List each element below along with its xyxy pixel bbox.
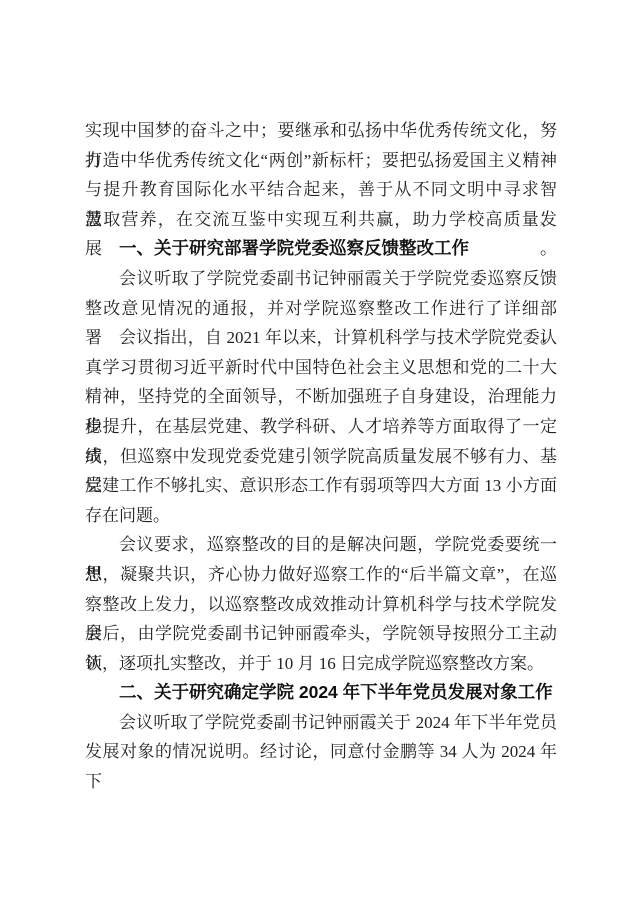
text-line: 会议指出，自 2021 年以来，计算机科学与技术学院党委认 (85, 323, 557, 353)
text-line: 发展对象的情况说明。经讨论，同意付金鹏等 34 人为 2024 年下 (85, 737, 557, 767)
text-line: 步提升，在基层党建、教学科研、人才培养等方面取得了一定成 (85, 412, 557, 442)
document-body: 实现中国梦的奋斗之中；要继承和弘扬中华优秀传统文化，努力打造中华优秀传统文化“两… (85, 116, 557, 767)
text-line: 党建工作不够扎实、意识形态工作有弱项等四大方面 13 小方面 (85, 471, 557, 501)
text-line: 存在问题。 (85, 501, 557, 531)
text-line: 想，凝聚共识，齐心协力做好巡察工作的“后半篇文章”，在巡 (85, 560, 557, 590)
text-line: 会议听取了学院党委副书记钟丽霞关于 2024 年下半年党员 (85, 708, 557, 738)
text-line: 打造中华优秀传统文化“两创”新标杆；要把弘扬爱国主义精神 (85, 146, 557, 176)
text-line: 汲取营养，在交流互鉴中实现互利共赢，助力学校高质量发展。 (85, 205, 557, 235)
document-page: 实现中国梦的奋斗之中；要继承和弘扬中华优秀传统文化，努力打造中华优秀传统文化“两… (0, 0, 639, 905)
text-line: 与提升教育国际化水平结合起来，善于从不同文明中寻求智慧、 (85, 175, 557, 205)
text-line: 察整改上发力，以巡察整改成效推动计算机科学与技术学院发展。 (85, 590, 557, 620)
text-line: 精神，坚持党的全面领导，不断加强班子自身建设，治理能力稳 (85, 382, 557, 412)
text-line: 真学习贯彻习近平新时代中国特色社会主义思想和党的二十大 (85, 353, 557, 383)
text-line: 绩，但巡察中发现党委党建引领学院高质量发展不够有力、基层 (85, 442, 557, 472)
text-line: 领，逐项扎实整改，并于 10 月 16 日完成学院巡察整改方案。 (85, 649, 557, 679)
text-line: 会后，由学院党委副书记钟丽霞牵头，学院领导按照分工主动认 (85, 619, 557, 649)
text-line: 会议要求，巡察整改的目的是解决问题，学院党委要统一思 (85, 530, 557, 560)
text-line: 整改意见情况的通报，并对学院巡察整改工作进行了详细部署。 (85, 294, 557, 324)
text-line: 实现中国梦的奋斗之中；要继承和弘扬中华优秀传统文化，努力 (85, 116, 557, 146)
text-line: 会议听取了学院党委副书记钟丽霞关于学院党委巡察反馈 (85, 264, 557, 294)
section-heading: 二、关于研究确定学院 2024 年下半年党员发展对象工作 (85, 678, 557, 708)
